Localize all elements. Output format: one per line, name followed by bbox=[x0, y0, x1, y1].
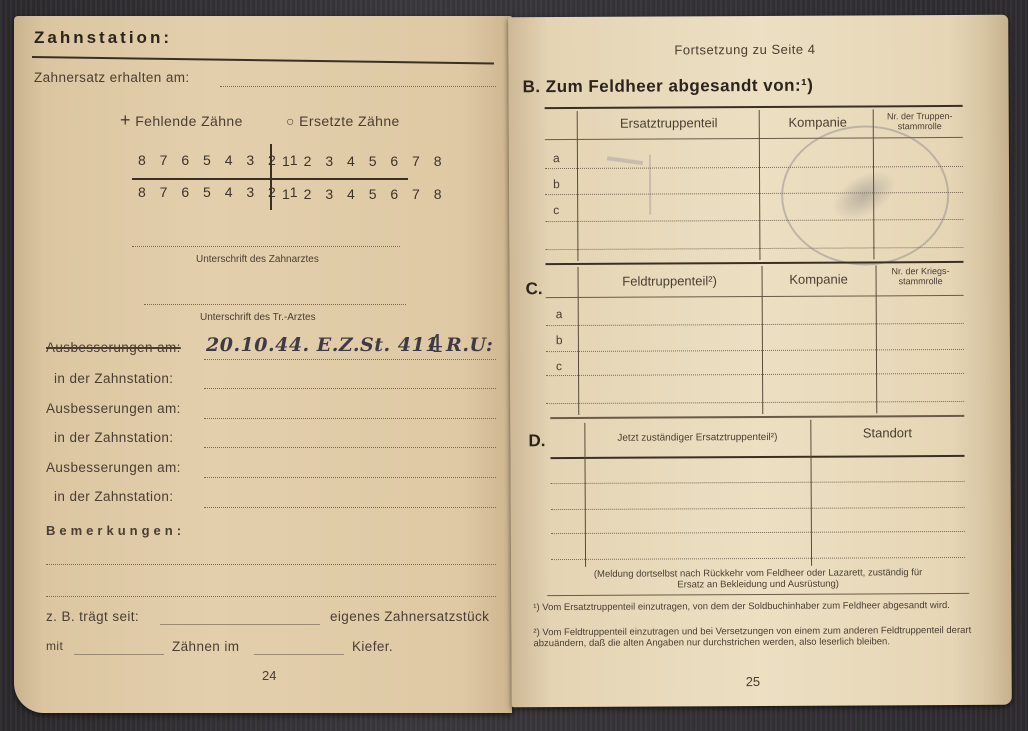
footnote-rule bbox=[547, 593, 969, 596]
section-c-row-a-field[interactable] bbox=[546, 323, 964, 326]
repairs-extra-1: 4 bbox=[428, 330, 444, 358]
dentist-signature-label: Unterschrift des Zahnarztes bbox=[196, 254, 319, 265]
remarks-field-1[interactable] bbox=[46, 564, 496, 565]
repairs-value-1[interactable]: 20.10.44. E.Z.St. 411 R.U: bbox=[206, 334, 493, 356]
dentures-received-field[interactable] bbox=[220, 86, 496, 87]
repairs-field-1 bbox=[204, 359, 496, 360]
section-b-title: B. Zum Feldheer abgesandt von:¹) bbox=[523, 76, 814, 98]
zahnstation-heading: Zahnstation: bbox=[34, 28, 172, 48]
section-c-col-company: Kompanie bbox=[762, 271, 876, 287]
plus-icon: + bbox=[120, 110, 131, 130]
section-c-row-b: b bbox=[556, 333, 563, 347]
section-c-divider-2 bbox=[762, 266, 764, 414]
section-d-row-1-field[interactable] bbox=[551, 481, 965, 484]
tooth-chart-vertical-rule bbox=[270, 144, 272, 210]
wears-since-field[interactable] bbox=[160, 624, 320, 625]
section-c-row-b-field[interactable] bbox=[546, 349, 964, 352]
station-label-2: in der Zahnstation: bbox=[54, 430, 173, 445]
erased-entry-stroke bbox=[649, 155, 651, 215]
section-d-header-rule bbox=[551, 455, 965, 459]
page-number-25: 25 bbox=[746, 674, 761, 689]
own-denture-label: eigenes Zahnersatzstück bbox=[330, 609, 489, 624]
section-d-divider-2 bbox=[810, 420, 812, 566]
jaw-field[interactable] bbox=[254, 654, 344, 655]
repairs-label-2: Ausbesserungen am: bbox=[46, 401, 181, 416]
dentist-signature-field[interactable] bbox=[132, 246, 400, 247]
section-c-row-a: a bbox=[556, 307, 563, 321]
footnote-1: ¹) Vom Ersatztruppenteil einzutragen, vo… bbox=[533, 600, 973, 613]
troop-doctor-signature-field[interactable] bbox=[144, 304, 406, 305]
legend-replaced: ○ Ersetzte Zähne bbox=[286, 113, 400, 129]
page-24: Zahnstation: Zahnersatz erhalten am: + F… bbox=[14, 16, 512, 713]
section-d-row-2-field[interactable] bbox=[551, 507, 965, 510]
section-c-col-unit: Feldtruppenteil²) bbox=[580, 273, 760, 289]
tooth-upper-left: 1 2 3 4 5 6 7 8 bbox=[282, 153, 447, 169]
section-d-col-unit: Jetzt zuständiger Ersatztruppenteil²) bbox=[586, 432, 808, 444]
wears-since-label: z. B. trägt seit: bbox=[46, 609, 139, 624]
section-c-letter: C. bbox=[526, 279, 543, 299]
dentures-received-label: Zahnersatz erhalten am: bbox=[34, 70, 190, 85]
tooth-lower-left: 1 2 3 4 5 6 7 8 bbox=[282, 186, 447, 202]
repairs-label-1: Ausbesserungen am: bbox=[46, 340, 181, 355]
station-label-1: in der Zahnstation: bbox=[54, 371, 173, 386]
section-b-divider-1 bbox=[577, 111, 579, 261]
legend-missing: + Fehlende Zähne bbox=[120, 110, 243, 131]
remarks-label: Bemerkungen: bbox=[46, 523, 185, 538]
section-b-divider-2 bbox=[759, 110, 761, 260]
page-25: Fortsetzung zu Seite 4 B. Zum Feldheer a… bbox=[508, 15, 1012, 708]
section-d-letter: D. bbox=[528, 431, 545, 451]
section-d-col-location: Standort bbox=[810, 425, 964, 441]
section-c-divider-1 bbox=[578, 267, 580, 415]
with-label: mit bbox=[46, 639, 63, 653]
section-c-divider-3 bbox=[876, 265, 878, 413]
tooth-lower-right: 8 7 6 5 4 3 2 1 bbox=[138, 184, 303, 200]
troop-doctor-signature-label: Unterschrift des Tr.-Arztes bbox=[200, 312, 316, 323]
section-c-row-c: c bbox=[556, 359, 562, 373]
footnote-2: ²) Vom Feldtruppenteil einzutragen und b… bbox=[533, 625, 973, 649]
jaw-label: Kiefer. bbox=[352, 639, 393, 654]
station-field-1[interactable] bbox=[204, 388, 496, 389]
section-c-row-d-field[interactable] bbox=[546, 401, 964, 404]
teeth-in-label: Zähnen im bbox=[172, 639, 239, 654]
heading-rule bbox=[32, 56, 494, 64]
section-b-row-c: c bbox=[553, 203, 559, 217]
station-field-2[interactable] bbox=[204, 447, 496, 448]
section-b-row-a: a bbox=[553, 151, 560, 165]
remarks-field-2[interactable] bbox=[46, 596, 496, 597]
section-b-col-unit: Ersatztruppenteil bbox=[579, 115, 759, 131]
repairs-label-3: Ausbesserungen am: bbox=[46, 460, 181, 475]
circle-icon: ○ bbox=[286, 113, 295, 129]
section-d-top-rule bbox=[550, 415, 964, 419]
section-c-top-rule bbox=[545, 261, 963, 265]
repairs-field-3[interactable] bbox=[204, 477, 496, 478]
repairs-field-2[interactable] bbox=[204, 418, 496, 419]
section-c-row-c-field[interactable] bbox=[546, 373, 964, 376]
section-b-row-b: b bbox=[553, 177, 560, 191]
page-number-24: 24 bbox=[262, 668, 276, 683]
section-c-col-roll: Nr. der Kriegs- stammrolle bbox=[876, 266, 966, 286]
erased-entry-mark bbox=[607, 156, 643, 165]
station-field-3[interactable] bbox=[204, 507, 496, 508]
section-d-divider-1 bbox=[584, 423, 586, 567]
tooth-upper-right: 8 7 6 5 4 3 2 1 bbox=[138, 152, 303, 168]
section-d-row-3-field[interactable] bbox=[551, 531, 965, 534]
section-d-row-4-field[interactable] bbox=[551, 557, 965, 560]
section-b-top-rule bbox=[545, 105, 963, 109]
station-label-3: in der Zahnstation: bbox=[54, 489, 173, 504]
continuation-note: Fortsetzung zu Seite 4 bbox=[674, 42, 815, 58]
teeth-count-field[interactable] bbox=[74, 654, 164, 655]
section-c-header-rule bbox=[546, 295, 964, 298]
reporting-notice: (Meldung dortselbst nach Rückkehr vom Fe… bbox=[551, 567, 965, 591]
